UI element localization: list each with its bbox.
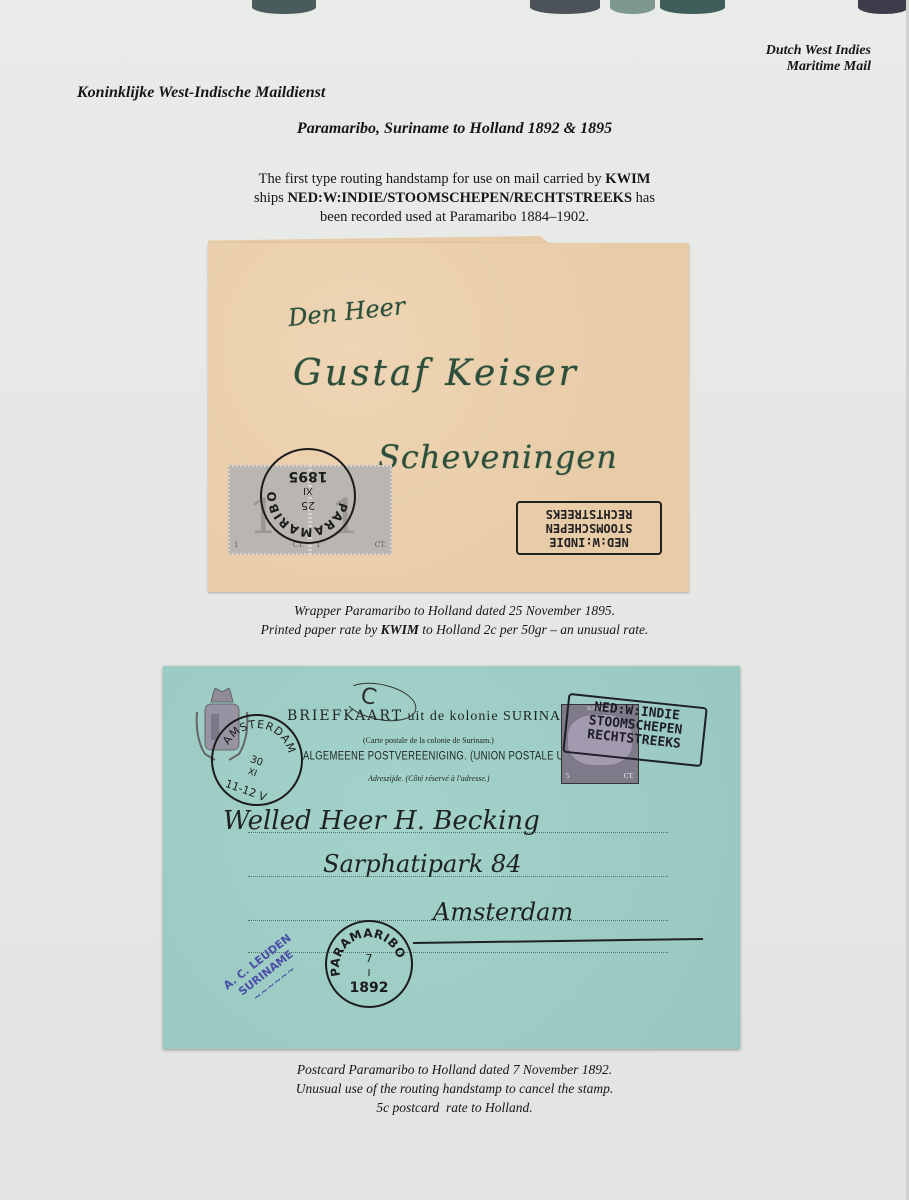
wrapper-caption: Wrapper Paramaribo to Holland dated 25 N… [0, 601, 909, 639]
ink-blot [530, 0, 600, 14]
postcard-address-line: Sarphatipark 84 [323, 850, 522, 878]
caption-line: Wrapper Paramaribo to Holland dated 25 N… [0, 601, 909, 620]
oval-mark-letter: C [358, 683, 378, 711]
ink-blot [660, 0, 725, 14]
wrapper-cover: Den Heer Gustaf Keiser Scheveningen 1 1C… [208, 243, 689, 592]
wrapper-address-line: Den Heer [287, 292, 407, 332]
ink-blot [610, 0, 655, 14]
collection-title-line: Maritime Mail [766, 59, 871, 75]
paramaribo-postmark-1895: PARAMARIBO 25 XI 1895 [260, 448, 356, 544]
ink-blot [252, 0, 316, 14]
stamp-value: 1 [234, 541, 238, 549]
ink-blot [858, 0, 909, 14]
postcard-heading: BRIEFKAART uit de kolonie SURINAME. [287, 708, 589, 725]
postcard-address-line: Amsterdam [433, 898, 573, 926]
intro-text-segment: has [632, 190, 655, 206]
intro-text-segment: been recorded used at Paramaribo 1884–19… [0, 208, 909, 227]
wrapper-address-line: Scheveningen [378, 438, 618, 476]
underline-flourish [413, 938, 703, 944]
collection-title-line: Dutch West Indies [766, 43, 871, 59]
intro-text-segment: ships [254, 190, 287, 206]
handstamp-line: RECHTSTREEKS [518, 507, 660, 521]
collection-title: Dutch West Indies Maritime Mail [766, 43, 871, 75]
stamp-unit: CT. [624, 772, 634, 780]
caption-line: Unusual use of the routing handstamp to … [0, 1079, 909, 1098]
svg-text:PARAMARIBO: PARAMARIBO [265, 490, 350, 539]
svg-text:1895: 1895 [289, 468, 328, 484]
address-side-label: Adreszijde. (Côté réservé à l'adresse.) [368, 774, 490, 783]
svg-text:XI: XI [303, 485, 313, 496]
handstamp-line: NED:W:INDIE [518, 535, 660, 549]
sender-cachet: A. C. LEUDEN SURINAME ~~~~~~ [221, 931, 312, 1015]
caption-bold: KWIM [381, 622, 419, 637]
wrapper-address-line: Gustaf Keiser [293, 353, 579, 394]
stamp-unit: CT. [375, 541, 386, 549]
svg-text:25: 25 [301, 499, 315, 512]
intro-text-bold: KWIM [605, 171, 650, 187]
postcard-address-line: Welled Heer H. Becking [223, 806, 540, 836]
caption-line: 5c postcard rate to Holland. [0, 1098, 909, 1117]
svg-text:1892: 1892 [350, 980, 389, 996]
intro-text-bold: NED:W:INDIE/STOOMSCHEPEN/RECHTSTREEKS [287, 190, 632, 206]
svg-text:I: I [368, 968, 371, 979]
handstamp-line: STOOMSCHEPEN [518, 521, 660, 535]
intro-text-segment: The first type routing handstamp for use… [259, 171, 606, 187]
section-title: Koninklijke West-Indische Maildienst [77, 84, 325, 102]
caption-line: Postcard Paramaribo to Holland dated 7 N… [0, 1060, 909, 1079]
routing-handstamp: NED:W:INDIE STOOMSCHEPEN RECHTSTREEKS [516, 501, 662, 555]
svg-text:11-12 V: 11-12 V [223, 777, 268, 804]
stamp-value: 5 [566, 772, 570, 780]
svg-text:XI: XI [246, 767, 258, 779]
svg-text:7: 7 [366, 952, 373, 965]
postcard-subtitle: (Carte postale de la colonie de Surinam.… [363, 736, 494, 745]
page-title: Paramaribo, Suriname to Holland 1892 & 1… [0, 120, 909, 138]
paramaribo-postmark-1892: PARAMARIBO 7 I 1892 [325, 920, 413, 1008]
intro-text: The first type routing handstamp for use… [0, 170, 909, 227]
address-line-rule [248, 952, 668, 953]
postcard: BRIEFKAART uit de kolonie SURINAME. (Car… [163, 666, 740, 1049]
caption-segment: Printed paper rate by [261, 622, 381, 637]
postcard-caption: Postcard Paramaribo to Holland dated 7 N… [0, 1060, 909, 1117]
caption-segment: to Holland 2c per 50gr – an unusual rate… [419, 622, 649, 637]
